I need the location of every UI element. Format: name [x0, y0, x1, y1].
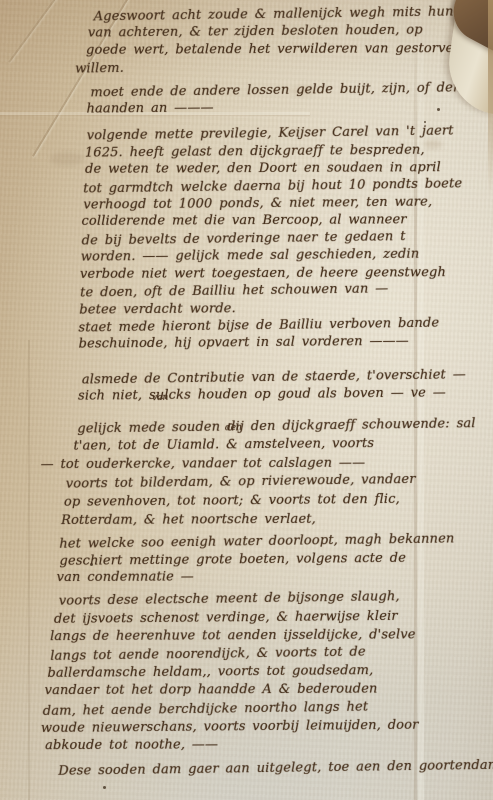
paragraph-1: Ageswoort acht zoude & mallenijck wegh m…: [82, 4, 445, 77]
page-right-edge: [488, 0, 493, 195]
paragraph-5: alsmede de Contributie van de staerde, t…: [85, 367, 447, 405]
paragraph-9: Dese sooden dam gaer aan uitgelegt, toe …: [88, 759, 450, 780]
paragraph-6: gelijck mede souden dij den dijckgraeff …: [85, 416, 448, 531]
manuscript-line: beschuinode, hij opvaert in sal vorderen…: [79, 333, 447, 354]
paragraph-2: moet ende de andere lossen gelde buijt, …: [82, 80, 444, 118]
manuscript-line: t'aen, tot de Uiamld. & amstelveen, voor…: [73, 435, 447, 457]
manuscript-text-block: Ageswoort acht zoude & mallenijck wegh m…: [82, 4, 451, 779]
superscript-insertion: van: [152, 393, 169, 404]
manuscript-line: abkoude tot noothe, ——: [45, 735, 450, 755]
manuscript-line: haanden an ———: [86, 97, 444, 118]
paragraph-4: staet mede hieront bijse de Bailliu verb…: [84, 315, 446, 353]
paragraph-7: het welcke soo eenigh water doorloopt, m…: [86, 532, 448, 587]
manuscript-photo: Ageswoort acht zoude & mallenijck wegh m…: [0, 0, 493, 800]
manuscript-line: van achteren, & ter zijden besloten houd…: [88, 22, 444, 43]
manuscript-line: Rotterdam, & het noortsche verlaet,: [61, 510, 448, 530]
manuscript-line: willem.: [75, 56, 444, 78]
manuscript-line: worden. —— gelijck mede sal geschieden, …: [81, 246, 446, 267]
manuscript-line: sich niet, sulcks houden op goud als bov…: [78, 385, 447, 406]
paragraph-3: volgende mette previlegie, Keijser Carel…: [83, 124, 447, 319]
superscript-insertion: den: [225, 423, 242, 434]
manuscript-line: op sevenhoven, tot noort; & voorts tot d…: [64, 490, 448, 512]
manuscript-line: van condemnatie —: [57, 567, 449, 586]
manuscript-line: det ijsvoets schenost verdinge, & haerwi…: [54, 607, 449, 629]
paragraph-8: voorts dese electsche meent de bijsonge …: [87, 589, 450, 756]
